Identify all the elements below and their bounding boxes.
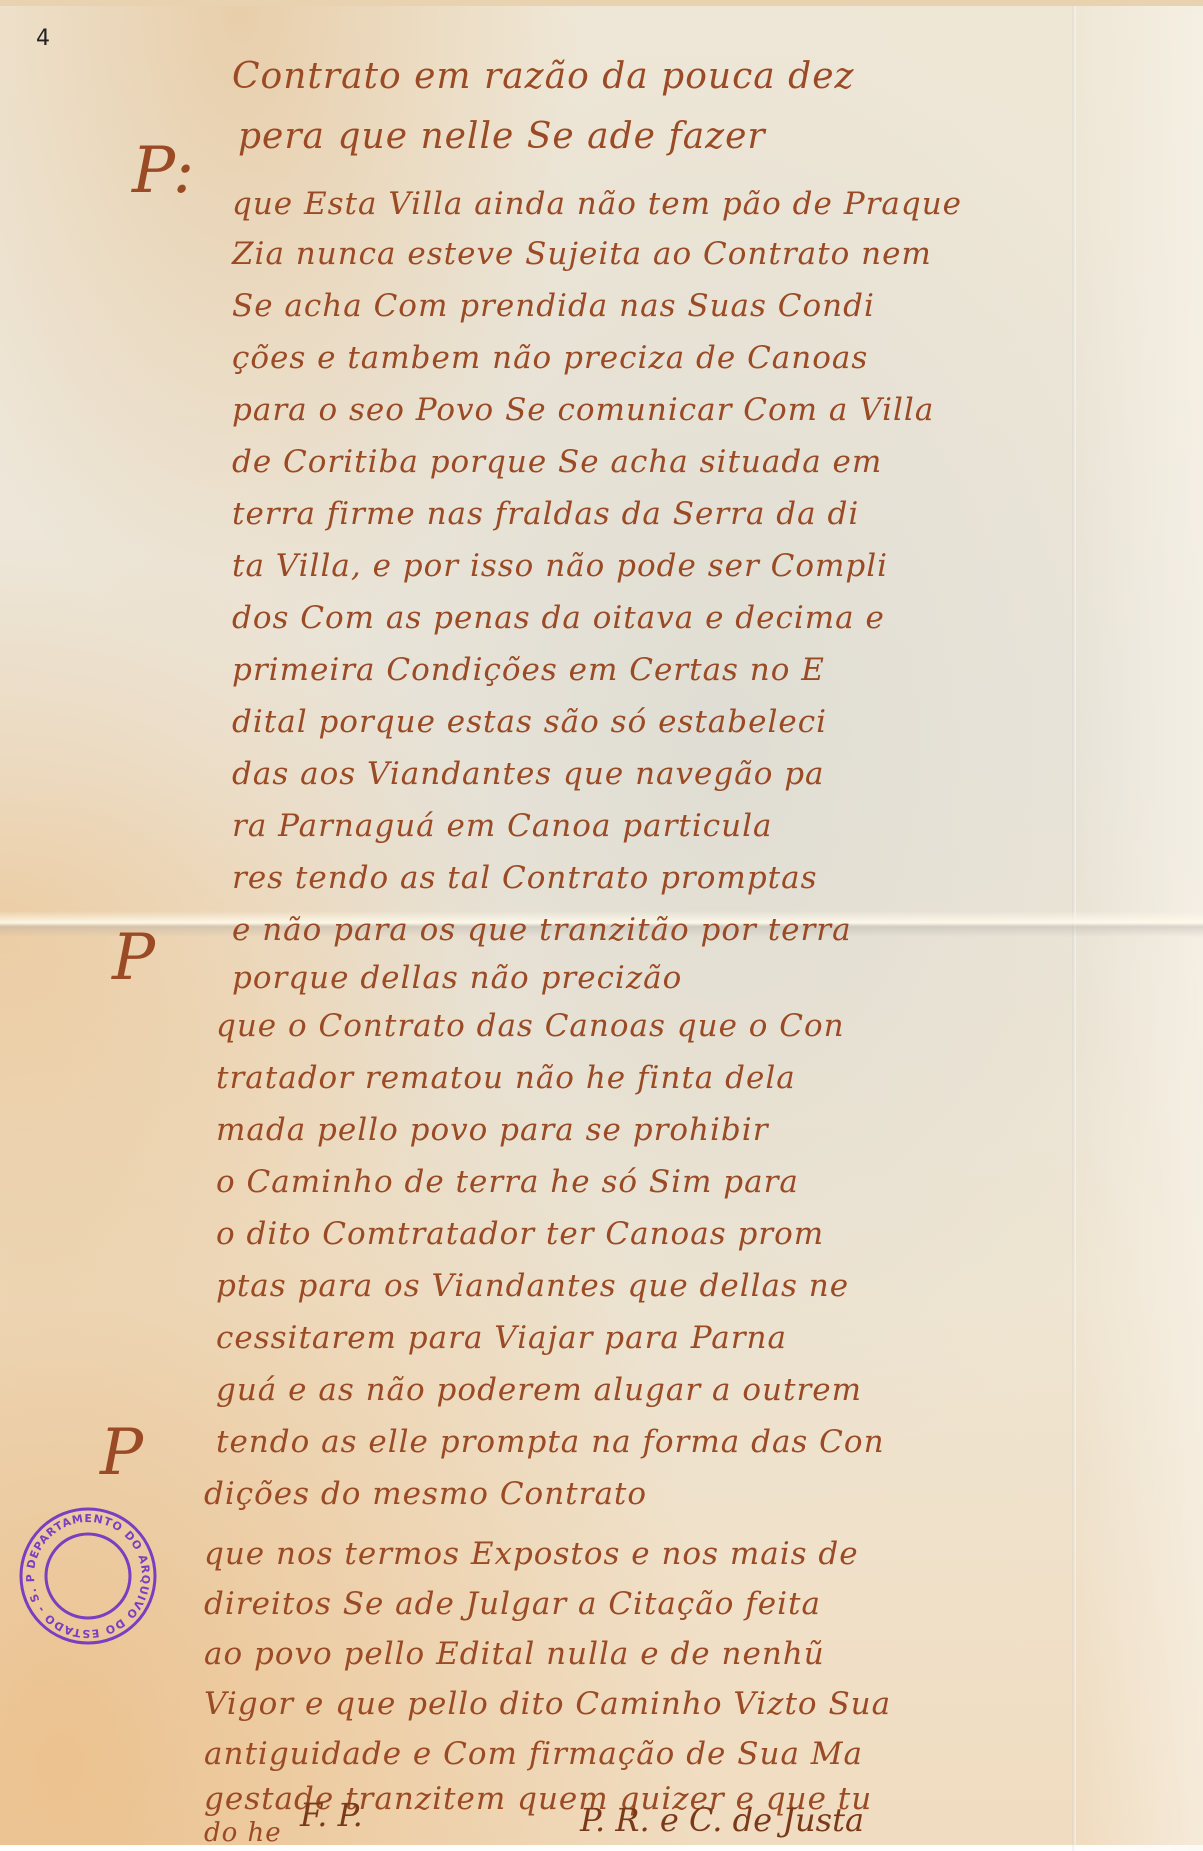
page-number: 4	[36, 26, 50, 51]
text-line: Zia nunca esteve Sujeita ao Contrato nem	[232, 236, 932, 272]
text-line: primeira Condições em Certas no E	[232, 652, 825, 688]
text-line: o Caminho de terra he só Sim para	[216, 1164, 799, 1200]
title-line-1: Contrato em razão da pouca dez	[232, 56, 854, 97]
text-line: que nos termos Expostos e nos mais de	[204, 1536, 859, 1572]
text-line: ptas para os Viandantes que dellas ne	[216, 1268, 849, 1304]
text-line: para o seo Povo Se comunicar Com a Villa	[232, 392, 934, 428]
text-line: de Coritiba porque Se acha situada em	[232, 444, 882, 480]
text-line: direitos Se ade Julgar a Citação feita	[204, 1586, 821, 1622]
signature-right: P. R. e C. de Justa	[580, 1801, 864, 1839]
text-line: ao povo pello Edital nulla e de nenhũ	[204, 1636, 825, 1672]
stamp-seal-icon: DEPARTAMENTO DO ARQUIVO DO ESTADO - S. P…	[18, 1506, 158, 1646]
text-line: tendo as elle prompta na forma das Con	[216, 1424, 885, 1460]
margin-mark-p-1: P:	[132, 134, 194, 208]
margin-mark-p-3: P	[100, 1416, 143, 1490]
text-line: que Esta Villa ainda não tem pão de Praq…	[232, 186, 962, 222]
manuscript-page: 4 Contrato em razão da pouca dez pera qu…	[0, 0, 1203, 1845]
text-line: res tendo as tal Contrato promptas	[232, 860, 818, 896]
text-line: o dito Comtratador ter Canoas prom	[216, 1216, 824, 1252]
text-line: porque dellas não precizão	[232, 960, 682, 996]
text-line: Se acha Com prendida nas Suas Condi	[232, 288, 875, 324]
margin-mark-p-2: P	[112, 921, 155, 995]
text-line: cessitarem para Viajar para Parna	[216, 1320, 787, 1356]
text-line: Vigor e que pello dito Caminho Vizto Sua	[204, 1686, 891, 1722]
text-line: guá e as não poderem alugar a outrem	[216, 1372, 862, 1408]
text-line: do he	[204, 1818, 282, 1845]
text-line: dos Com as penas da oitava e decima e	[232, 600, 885, 636]
text-line: e não para os que tranzitão por terra	[232, 912, 852, 948]
text-line: que o Contrato das Canoas que o Con	[216, 1008, 845, 1044]
text-line: ções e tambem não preciza de Canoas	[232, 340, 868, 376]
text-line: antiguidade e Com firmação de Sua Ma	[204, 1736, 863, 1772]
text-line: terra firme nas fraldas da Serra da di	[232, 496, 859, 532]
text-line: dital porque estas são só estabeleci	[232, 704, 827, 740]
text-line: dições do mesmo Contrato	[204, 1476, 647, 1512]
text-line: tratador rematou não he finta dela	[216, 1060, 796, 1096]
text-line: das aos Viandantes que navegão pa	[232, 756, 825, 792]
archive-stamp: DEPARTAMENTO DO ARQUIVO DO ESTADO - S. P…	[18, 1506, 158, 1646]
title-line-2: pera que nelle Se ade fazer	[238, 116, 766, 157]
text-line: ra Parnaguá em Canoa particula	[232, 808, 773, 844]
text-line: ta Villa, e por isso não pode ser Compli	[232, 548, 888, 584]
signature-left: F. P.	[300, 1796, 363, 1834]
text-line: mada pello povo para se prohibir	[216, 1112, 769, 1148]
